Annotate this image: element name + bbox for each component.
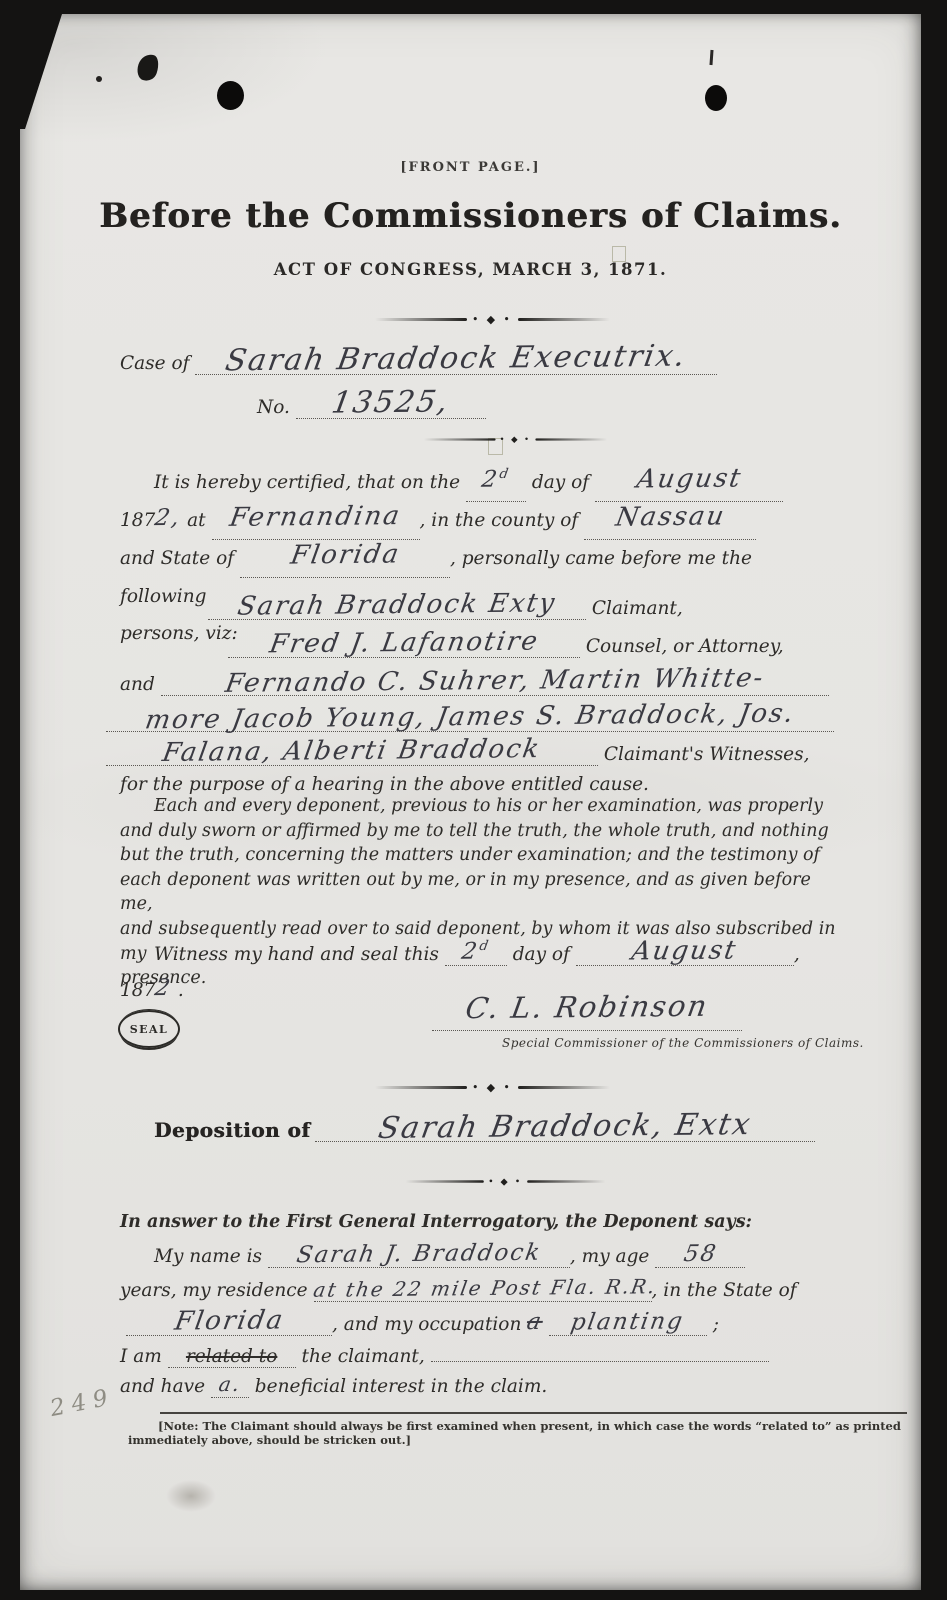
struck-word-handwritten: a	[526, 1313, 545, 1332]
month-field: August	[595, 464, 783, 502]
county-handwritten: Nassau	[614, 506, 727, 528]
purpose-line: for the purpose of a hearing in the abov…	[120, 774, 649, 795]
witness-day-handwritten: 2d	[461, 942, 491, 961]
act-of-congress-line: ACT OF CONGRESS, MARCH 3, 1871.	[20, 260, 921, 279]
occupation-field: planting	[549, 1314, 707, 1336]
related-to-field: related to	[168, 1346, 296, 1368]
witnesses-field-1: Fernando C. Suhrer, Martin Whitte-	[161, 672, 829, 696]
cert-text: and State of	[120, 548, 234, 569]
cert-text: 187	[120, 510, 155, 531]
cert-text: persons, viz:	[120, 623, 238, 644]
seal-stamp: SEAL	[118, 1010, 180, 1048]
claimant-name-handwritten: Sarah Braddock Exty	[236, 593, 558, 617]
witness-text: day of	[513, 944, 570, 965]
ornament-bar-left	[406, 1180, 484, 1183]
ink-blot	[134, 52, 161, 84]
counsel-label: Counsel, or Attorney,	[586, 636, 784, 657]
diamond-ornament-icon	[499, 435, 531, 444]
witnesses-handwritten-2: more Jacob Young, James S. Braddock, Jos…	[144, 704, 797, 732]
witness-month-handwritten: August	[631, 940, 739, 962]
day-field: 2d	[466, 464, 526, 502]
answer-line-5: and have a. beneficial interest in the c…	[120, 1376, 547, 1398]
page-title: Before the Commissioners of Claims.	[20, 196, 921, 236]
witnesses-line-1: and Fernando C. Suhrer, Martin Whitte-	[120, 672, 829, 696]
deponent-state-field: Florida	[126, 1312, 332, 1336]
year-digit-handwritten: 2,	[154, 509, 183, 528]
counsel-name-handwritten: Fred J. Lafanotire	[268, 632, 541, 656]
age-field: 58	[655, 1246, 745, 1268]
article-field: a.	[211, 1376, 249, 1398]
ornament-bar-right	[535, 438, 607, 440]
and-label: and	[120, 674, 155, 695]
state-handwritten: Florida	[289, 544, 402, 566]
oath-line-2: and duly sworn or affirmed by me to tell…	[120, 819, 838, 844]
diamond-ornament-icon	[488, 1177, 523, 1186]
blank-field	[431, 1361, 769, 1362]
answer-text: beneficial interest in the claim.	[255, 1376, 547, 1397]
diamond-ornament-icon	[472, 1082, 513, 1093]
ornament-bar-left	[424, 438, 496, 440]
answer-text: I am	[120, 1346, 162, 1367]
day-handwritten: 2d	[481, 470, 511, 489]
certification-paragraph: It is hereby certified, that on the 2d d…	[120, 464, 836, 652]
ink-tick	[709, 50, 713, 65]
oath-line-4: each deponent was written out by me, or …	[120, 868, 838, 917]
witnesses-field-3: Falana, Alberti Braddock	[106, 742, 598, 766]
divider-ornament-2	[424, 435, 607, 444]
cert-text: It is hereby certified, that on the	[154, 472, 460, 493]
margin-number: 249	[48, 1384, 117, 1422]
deposition-label: Deposition of	[154, 1118, 310, 1142]
deposition-name-field: Sarah Braddock, Extx	[315, 1116, 815, 1142]
front-page-tag: [FRONT PAGE.]	[20, 160, 921, 175]
place-field: Fernandina	[212, 502, 420, 540]
signer-title: Special Commissioner of the Commissioner…	[502, 1036, 864, 1050]
answer-text: , and my occupation	[332, 1314, 521, 1335]
divider-ornament-3	[375, 1082, 610, 1093]
counsel-name-field: Fred J. Lafanotire	[228, 634, 580, 658]
deposition-line: Deposition of Sarah Braddock, Extx	[154, 1116, 815, 1142]
document-paper: 249 [FRONT PAGE.] Before the Commissione…	[20, 14, 921, 1590]
answer-text: the claimant,	[302, 1346, 425, 1367]
witness-clause-line: Witness my hand and seal this 2d day of …	[154, 942, 800, 966]
ornament-bar-right	[518, 1086, 610, 1089]
witnesses-label: Claimant's Witnesses,	[604, 744, 810, 765]
case-number-field: 13525,	[296, 392, 486, 419]
ink-dot	[96, 76, 102, 82]
punch-hole-left	[217, 81, 244, 110]
witnesses-line-3: Falana, Alberti Braddock Claimant's Witn…	[106, 742, 810, 766]
answer-text: years, my residence	[120, 1280, 308, 1301]
age-handwritten: 58	[682, 1245, 718, 1264]
witness-year-printed: 187	[120, 980, 155, 1001]
witnesses-handwritten-1: Fernando C. Suhrer, Martin Whitte-	[224, 668, 766, 694]
witness-day-field: 2d	[445, 943, 507, 966]
claimant-label: Claimant,	[592, 598, 683, 619]
footnote-text: [Note: The Claimant should always be fir…	[128, 1420, 902, 1448]
county-field: Nassau	[584, 502, 756, 540]
counsel-line: Fred J. Lafanotire Counsel, or Attorney,	[228, 634, 784, 658]
answer-text: and have	[120, 1376, 205, 1397]
certification-line-2: 1872, at Fernandina, in the county of Na…	[120, 502, 836, 540]
cert-text: day of	[532, 472, 589, 493]
ornament-bar-right	[518, 318, 610, 321]
month-handwritten: August	[635, 468, 743, 490]
ornament-bar-left	[375, 1086, 467, 1089]
witnesses-handwritten-3: Falana, Alberti Braddock	[161, 739, 542, 764]
deposition-name-handwritten: Sarah Braddock, Extx	[377, 1113, 754, 1141]
witness-text: ,	[794, 944, 800, 965]
state-field: Florida	[240, 540, 450, 578]
case-label: Case of	[120, 353, 190, 374]
divider-ornament-4	[406, 1177, 606, 1186]
case-number-label: No.	[257, 397, 290, 418]
answer-line-1: My name is Sarah J. Braddock, my age 58	[154, 1246, 745, 1268]
cert-text: at	[187, 510, 205, 531]
residence-field: at the 22 mile Post Fla. R.R.	[314, 1280, 652, 1302]
interrogatory-heading: In answer to the First General Interroga…	[120, 1212, 752, 1232]
case-number-line: No. 13525,	[257, 392, 486, 419]
signature-handwritten: C. L. Robinson	[464, 995, 710, 1021]
witness-year-period: .	[178, 980, 184, 1001]
deponent-name-field: Sarah J. Braddock	[268, 1246, 570, 1268]
oath-line-3: but the truth, concerning the matters un…	[120, 843, 838, 868]
witness-year-line: 1872 .	[120, 980, 184, 1001]
paper-smudge	[166, 1480, 216, 1512]
witness-month-field: August	[576, 942, 794, 966]
occupation-handwritten: planting	[570, 1312, 686, 1332]
article-handwritten: a.	[217, 1376, 242, 1392]
cert-text: , in the county of	[420, 510, 579, 531]
case-name-handwritten: Sarah Braddock Executrix.	[224, 345, 689, 374]
divider-ornament	[375, 314, 610, 325]
deponent-state-handwritten: Florida	[173, 1310, 286, 1332]
answer-line-2: years, my residence at the 22 mile Post …	[120, 1280, 797, 1302]
seal-label: SEAL	[130, 1023, 169, 1036]
diamond-ornament-icon	[472, 314, 513, 325]
answer-text: , in the State of	[652, 1280, 797, 1301]
struck-related-to: related to	[186, 1346, 277, 1367]
answer-text: , my age	[570, 1246, 649, 1267]
ornament-bar-left	[375, 318, 467, 321]
scan-background: { "document": { "page_tag": "[FRONT PAGE…	[0, 0, 947, 1600]
answer-text: ;	[713, 1314, 719, 1335]
witness-text: Witness my hand and seal this	[154, 944, 439, 965]
place-handwritten: Fernandina	[228, 506, 402, 529]
residence-handwritten: at the 22 mile Post Fla. R.R.	[312, 1278, 658, 1298]
claimant-line: Sarah Braddock Exty Claimant,	[208, 596, 683, 620]
witnesses-field-2: more Jacob Young, James S. Braddock, Jos…	[106, 708, 834, 732]
answer-line-3: Florida, and my occupation a planting ;	[126, 1312, 719, 1336]
certification-line-1: It is hereby certified, that on the 2d d…	[120, 464, 836, 502]
answer-text: My name is	[154, 1246, 262, 1267]
deponent-name-handwritten: Sarah J. Braddock	[295, 1244, 543, 1265]
oath-line-1: Each and every deponent, previous to his…	[120, 794, 838, 819]
claimant-name-field: Sarah Braddock Exty	[208, 596, 586, 620]
witnesses-line-2: more Jacob Young, James S. Braddock, Jos…	[106, 708, 834, 732]
witness-year-handwritten: 2	[154, 979, 174, 998]
answer-line-4: I am related to the claimant,	[120, 1346, 769, 1368]
punch-hole-right	[705, 85, 727, 111]
ornament-bar-right	[527, 1180, 605, 1183]
case-name-field: Sarah Braddock Executrix.	[195, 348, 717, 375]
signature-field: C. L. Robinson	[432, 988, 742, 1031]
case-number-handwritten: 13525,	[330, 390, 451, 415]
case-of-line: Case of Sarah Braddock Executrix.	[120, 348, 717, 375]
footnote-rule	[160, 1412, 907, 1414]
